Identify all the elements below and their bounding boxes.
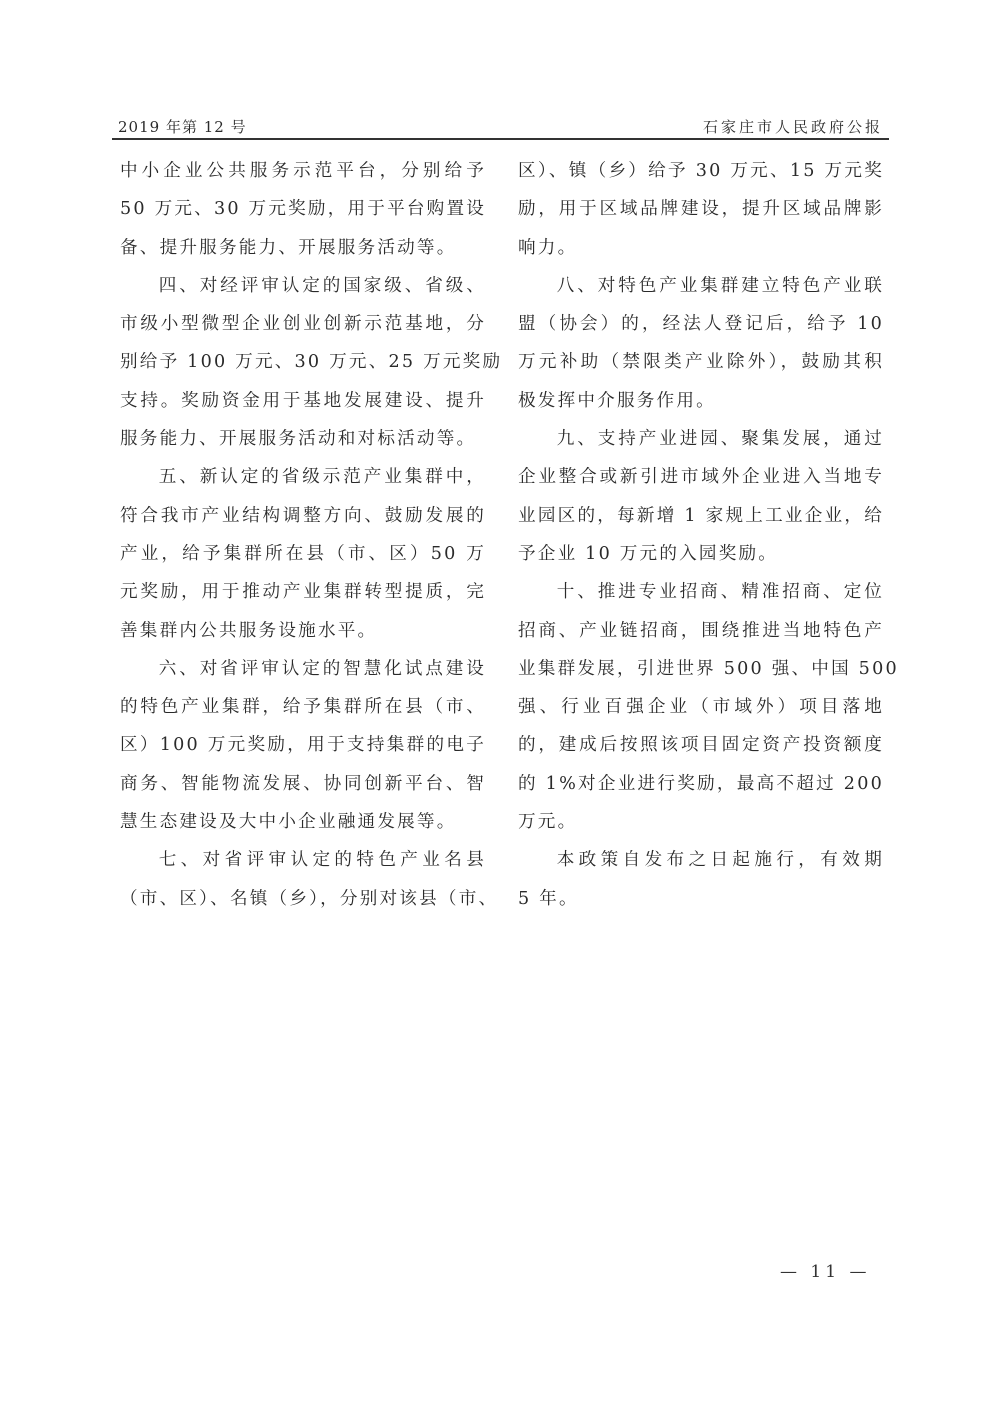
text-line: 五、新认定的省级示范产业集群中， <box>120 458 486 496</box>
text-line: 盟（协会）的，经法人登记后，给予 10 <box>518 305 884 343</box>
text-line: 区）100 万元奖励，用于支持集群的电子 <box>120 726 486 764</box>
text-line: 市级小型微型企业创业创新示范基地，分 <box>120 305 486 343</box>
text-line: 符合我市产业结构调整方向、鼓励发展的 <box>120 497 486 535</box>
text-line: 服务能力、开展服务活动和对标活动等。 <box>120 420 486 458</box>
text-line: 予企业 10 万元的入园奖励。 <box>518 535 884 573</box>
paragraph: 中小企业公共服务示范平台，分别给予50 万元、30 万元奖励，用于平台购置设备、… <box>120 152 486 267</box>
paragraph: 九、支持产业进园、聚集发展，通过企业整合或新引进市域外企业进入当地专业园区的，每… <box>518 420 884 573</box>
text-line: 万元。 <box>518 803 884 841</box>
paragraph: 十、推进专业招商、精准招商、定位招商、产业链招商，围绕推进当地特色产业集群发展，… <box>518 573 884 841</box>
publication-title: 石家庄市人民政府公报 <box>703 116 883 137</box>
text-line: 50 万元、30 万元奖励，用于平台购置设 <box>120 190 486 228</box>
left-column: 中小企业公共服务示范平台，分别给予50 万元、30 万元奖励，用于平台购置设备、… <box>120 152 486 918</box>
text-line: 九、支持产业进园、聚集发展，通过 <box>518 420 884 458</box>
header-divider <box>112 138 889 140</box>
text-line: 善集群内公共服务设施水平。 <box>120 612 486 650</box>
text-line: 产业，给予集群所在县（市、区）50 万 <box>120 535 486 573</box>
paragraph: 六、对省评审认定的智慧化试点建设的特色产业集群，给予集群所在县（市、区）100 … <box>120 650 486 841</box>
paragraph: 八、对特色产业集群建立特色产业联盟（协会）的，经法人登记后，给予 10万元补助（… <box>518 267 884 420</box>
issue-label: 2019 年第 12 号 <box>118 116 247 137</box>
paragraph: 五、新认定的省级示范产业集群中，符合我市产业结构调整方向、鼓励发展的产业，给予集… <box>120 458 486 649</box>
paragraph: 七、对省评审认定的特色产业名县（市、区）、名镇（乡），分别对该县（市、 <box>120 841 486 918</box>
text-line: 极发挥中介服务作用。 <box>518 382 884 420</box>
text-line: 七、对省评审认定的特色产业名县 <box>120 841 486 879</box>
text-line: 元奖励，用于推动产业集群转型提质，完 <box>120 573 486 611</box>
text-line: 本政策自发布之日起施行，有效期 <box>518 841 884 879</box>
right-column: 区）、镇（乡）给予 30 万元、15 万元奖励，用于区域品牌建设，提升区域品牌影… <box>518 152 884 918</box>
text-line: 八、对特色产业集群建立特色产业联 <box>518 267 884 305</box>
text-line: 的特色产业集群，给予集群所在县（市、 <box>120 688 486 726</box>
paragraph: 区）、镇（乡）给予 30 万元、15 万元奖励，用于区域品牌建设，提升区域品牌影… <box>518 152 884 267</box>
paragraph: 四、对经评审认定的国家级、省级、市级小型微型企业创业创新示范基地，分别给予 10… <box>120 267 486 458</box>
running-header: 2019 年第 12 号 石家庄市人民政府公报 <box>112 114 889 138</box>
text-line: 区）、镇（乡）给予 30 万元、15 万元奖 <box>518 152 884 190</box>
text-line: 支持。奖励资金用于基地发展建设、提升 <box>120 382 486 420</box>
text-line: 慧生态建设及大中小企业融通发展等。 <box>120 803 486 841</box>
text-line: 招商、产业链招商，围绕推进当地特色产 <box>518 612 884 650</box>
text-line: 六、对省评审认定的智慧化试点建设 <box>120 650 486 688</box>
page-number: — 11 — <box>780 1262 870 1282</box>
text-line: 备、提升服务能力、开展服务活动等。 <box>120 229 486 267</box>
text-line: 十、推进专业招商、精准招商、定位 <box>518 573 884 611</box>
text-line: 业集群发展，引进世界 500 强、中国 500 <box>518 650 884 688</box>
text-line: 中小企业公共服务示范平台，分别给予 <box>120 152 486 190</box>
text-line: 的，建成后按照该项目固定资产投资额度 <box>518 726 884 764</box>
text-line: 商务、智能物流发展、协同创新平台、智 <box>120 765 486 803</box>
text-line: 别给予 100 万元、30 万元、25 万元奖励 <box>120 343 486 381</box>
text-line: 四、对经评审认定的国家级、省级、 <box>120 267 486 305</box>
text-line: 励，用于区域品牌建设，提升区域品牌影 <box>518 190 884 228</box>
text-line: 强、行业百强企业（市域外）项目落地 <box>518 688 884 726</box>
text-line: 的 1%对企业进行奖励，最高不超过 200 <box>518 765 884 803</box>
text-line: 业园区的，每新增 1 家规上工业企业，给 <box>518 497 884 535</box>
text-line: （市、区）、名镇（乡），分别对该县（市、 <box>120 880 486 918</box>
paragraph: 本政策自发布之日起施行，有效期5 年。 <box>518 841 884 918</box>
text-line: 5 年。 <box>518 880 884 918</box>
text-line: 万元补助（禁限类产业除外），鼓励其积 <box>518 343 884 381</box>
text-line: 企业整合或新引进市域外企业进入当地专 <box>518 458 884 496</box>
text-line: 响力。 <box>518 229 884 267</box>
